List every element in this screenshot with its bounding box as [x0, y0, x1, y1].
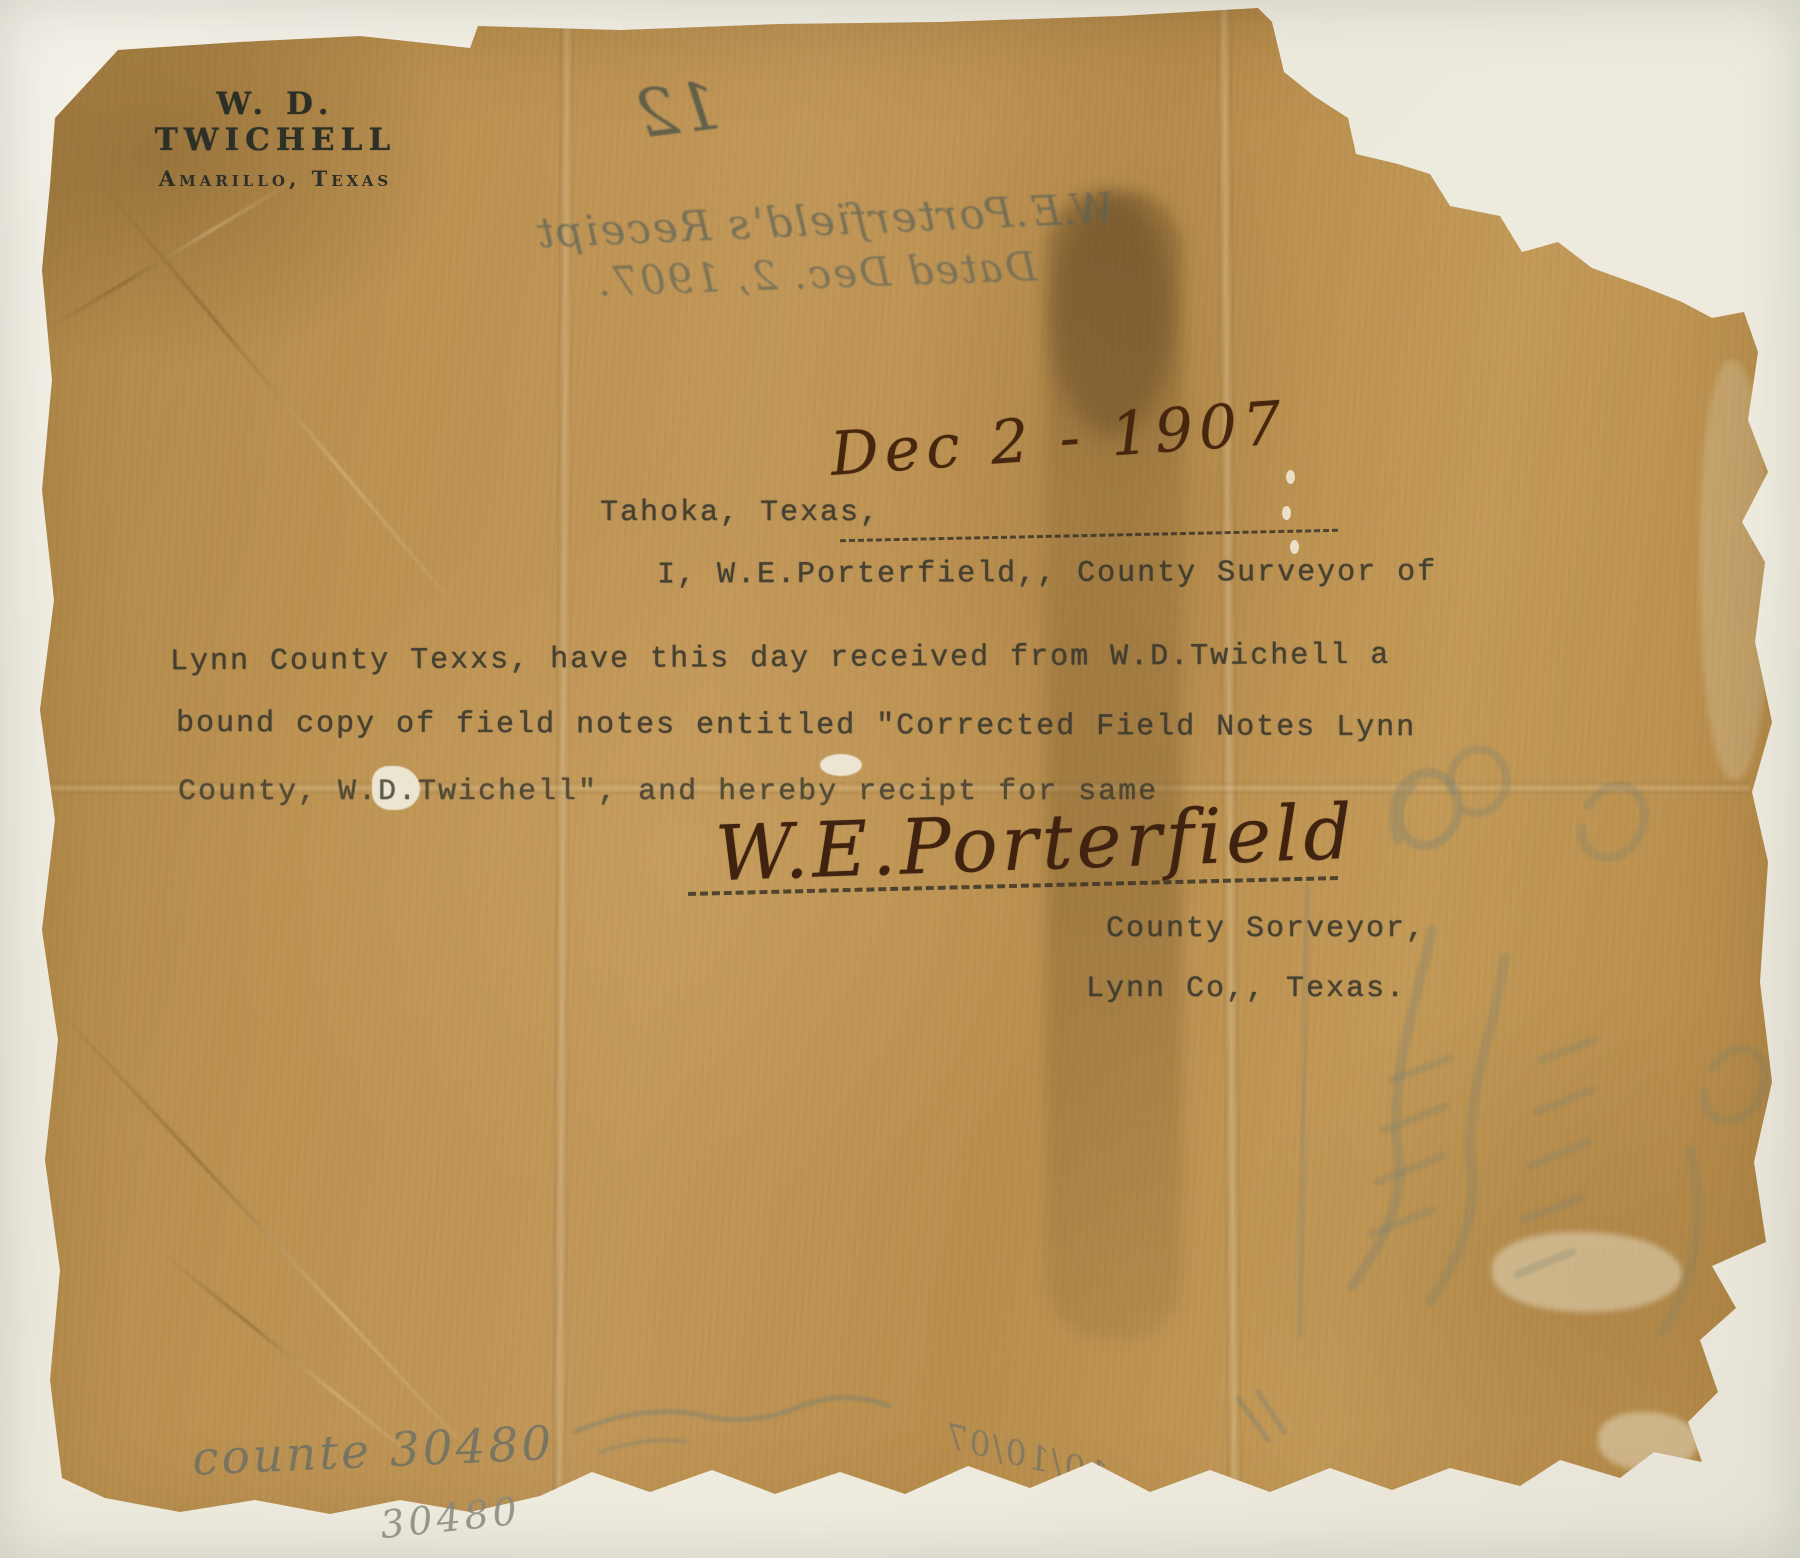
- fold-line-vertical-right: [1217, 0, 1243, 1558]
- body-line-2: Lynn County Texxs, have this day receive…: [170, 639, 1390, 679]
- crease-diagonal-bottom-left: [51, 1002, 483, 1465]
- stain-blotch: [1052, 196, 1172, 436]
- letterhead: W. D. TWICHELL Amarillo, Texas: [108, 86, 443, 191]
- abrasion-patch: [1492, 1232, 1682, 1312]
- pencil-annotation-label: counte 30480: [191, 1416, 555, 1487]
- date-underline: [840, 529, 1338, 542]
- letterhead-location: Amarillo, Texas: [108, 166, 443, 191]
- body-line-3: bound copy of field notes entitled "Corr…: [176, 707, 1416, 745]
- bleedthrough-receipt-line: W.E.Porterfield's Receipt: [534, 183, 1115, 257]
- bleedthrough-page-number: 12: [632, 67, 725, 154]
- body-line-1: I, W.E.Porterfield,, County Surveyor of: [657, 556, 1437, 593]
- document-scan: W. D. TWICHELL Amarillo, Texas 12 W.E.Po…: [0, 0, 1800, 1558]
- signature-underline: [688, 876, 1338, 896]
- water-stain-band: [1046, 190, 1182, 1340]
- crease-fleck: [1290, 540, 1299, 554]
- fold-line-horizontal: [30, 782, 1750, 794]
- crease-diagonal-top-left: [91, 173, 466, 619]
- crease-diagonal-bottom-left-2: [159, 1250, 425, 1466]
- signature: W.E.Porterfield: [714, 787, 1358, 898]
- crease-fleck: [1286, 470, 1295, 484]
- dateline-place: Tahoka, Texas,: [600, 496, 880, 530]
- signature-location: Lynn Co,, Texas.: [1086, 972, 1406, 1006]
- paper-damage-hole: [372, 766, 420, 810]
- letterhead-name: W. D. TWICHELL: [108, 86, 443, 158]
- crease-diagonal-top-left-2: [39, 178, 298, 335]
- signature-title: County Sorveyor,: [1106, 912, 1426, 946]
- paper-damage-hole: [820, 754, 862, 776]
- crease-fleck: [1282, 506, 1291, 520]
- body-line-4: County, W.D.Twichell", and hereby recipt…: [178, 775, 1158, 809]
- fold-line-vertical-left: [552, 18, 574, 1523]
- bleedthrough-date-line: Dated Dec. 2, 1907.: [595, 244, 1037, 305]
- handwritten-date: Dec 2 - 1907: [828, 388, 1289, 490]
